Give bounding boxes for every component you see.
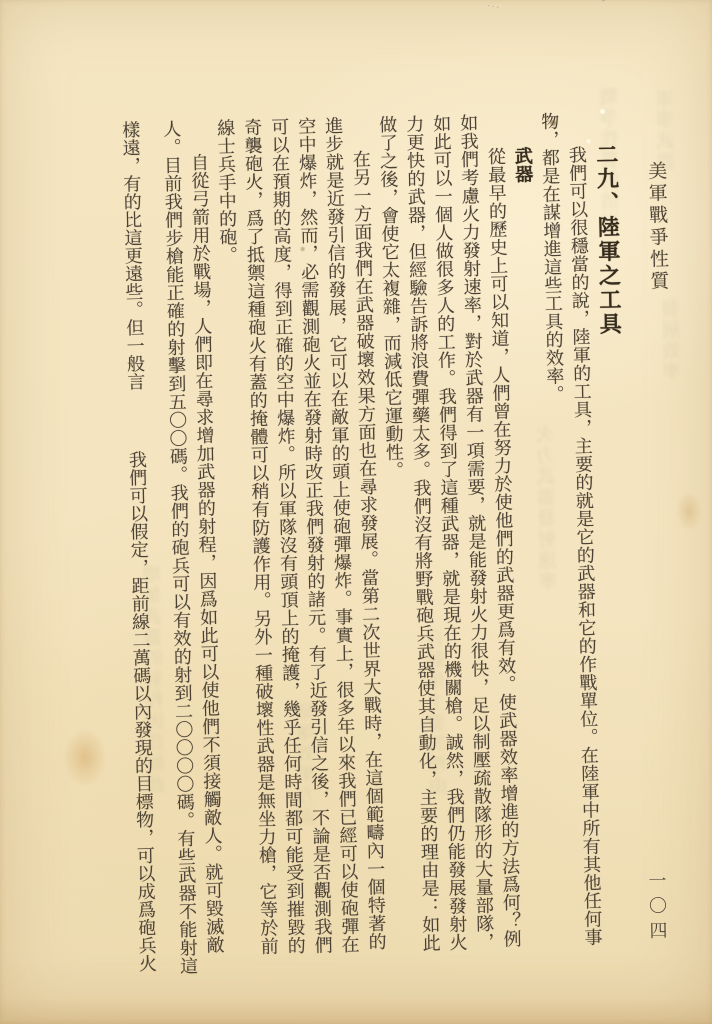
body-text: 二九、陸軍之工具 我們可以很穩當的說，陸軍的工具，主要的就是它的武器和它的作戰單… bbox=[113, 111, 635, 979]
pencil-mark: - bbox=[601, 0, 606, 6]
pencil-mark: ... bbox=[487, 0, 502, 11]
page-content: 戰爭性質的情形 軍事武器 發展效率 火力武器發射速率 增加武器的射程因爲如此 破… bbox=[0, 0, 712, 1024]
text-column: 樣遠，有的比這更遠些。但一般言我們可以假定，距前線二萬碼以內發現的目標物，可以成… bbox=[119, 120, 157, 978]
foxing-spot bbox=[62, 727, 107, 788]
page-number: 一〇四 bbox=[643, 871, 671, 947]
text-segment: 樣遠，有的比這更遠些。但一般言 bbox=[120, 120, 145, 390]
bleedthrough-ghost: 發展效率 bbox=[662, 298, 686, 382]
text-segment: 我們可以假定，距前線二萬碼以內發現的目標物，可以成爲砲兵火 bbox=[127, 450, 157, 972]
foxing-spot bbox=[676, 491, 703, 532]
running-head-book-title: 美軍戰爭性質 bbox=[642, 161, 672, 294]
scanned-book-page: 戰爭性質的情形 軍事武器 發展效率 火力武器發射速率 增加武器的射程因爲如此 破… bbox=[0, 0, 712, 1024]
